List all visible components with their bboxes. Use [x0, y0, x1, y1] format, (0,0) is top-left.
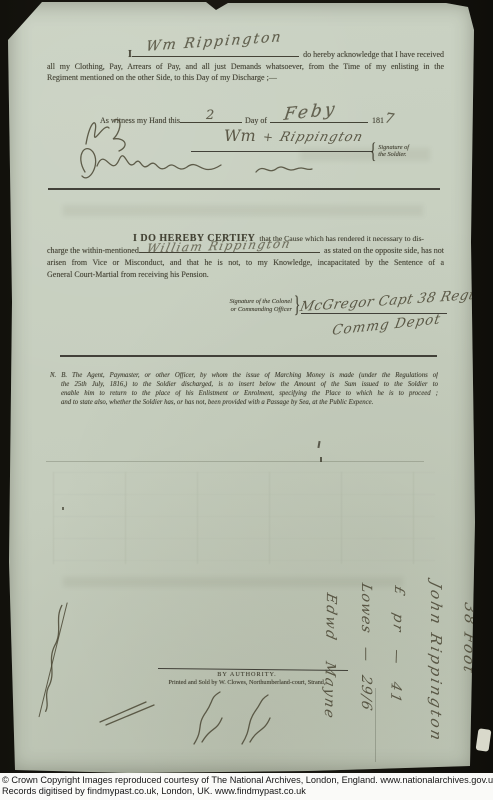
copyright-line2: Records digitised by findmypast.co.uk, L… — [2, 786, 493, 797]
pen-strokes — [96, 696, 158, 726]
commanding-depot-handwritten: Commg Depot — [331, 311, 442, 339]
section-rule-1 — [48, 188, 440, 190]
signature-of-label: Signature of — [378, 144, 409, 151]
ink-mark — [62, 507, 64, 510]
struck-annotation — [36, 599, 75, 723]
nb-line2: the 25th July, 1816,) to the Soldier dis… — [61, 381, 438, 390]
acknowledgement-line2: all my Clothing, Pay, Arrears of Pay, an… — [47, 62, 444, 73]
acknowledgement-line1: I Wm Rippington do hereby acknowledge th… — [128, 49, 444, 60]
document-page: I Wm Rippington do hereby acknowledge th… — [8, 2, 475, 773]
copyright-line1: © Crown Copyright Images reproduced cour… — [2, 775, 493, 786]
brace-left: { — [370, 137, 376, 164]
fold-line — [375, 688, 376, 762]
year-digit-handwritten: 7 — [384, 110, 395, 127]
certificate-line3: arisen from Vice or Misconduct, and that… — [47, 258, 444, 269]
discharge-name-blank: William Rippington — [139, 252, 320, 253]
show-through-band — [63, 577, 403, 587]
copyright-strip: © Crown Copyright Images reproduced cour… — [0, 773, 493, 800]
the-soldier-label: the Soldier. — [378, 151, 406, 158]
section-rule-2 — [60, 355, 437, 357]
ink-mark — [320, 457, 322, 462]
soldier-mark-last: Rippington — [278, 130, 365, 145]
show-through-band — [63, 205, 423, 216]
certificate-line2-before: charge the within-mentioned — [47, 246, 139, 255]
soldier-signature-line — [191, 151, 373, 152]
colonel-signature-handwritten: McGregor Capt 38 Regt — [298, 287, 476, 315]
scan-edge-artifact — [476, 728, 492, 752]
annotation-name: John Rippington — [427, 580, 445, 745]
annotation-amount2: Lowes — 29/6 — [358, 582, 374, 713]
witness-day-of: Day of — [242, 116, 270, 125]
day-blank-line: 2 — [180, 122, 242, 123]
soldier-signature-label: { Signature of the Soldier. — [370, 143, 430, 159]
acknowledgement-line3: Regiment mentioned on the other Side, to… — [47, 73, 277, 82]
soldier-mark: Wm + Rippington — [224, 126, 363, 145]
scanned-document-image: I Wm Rippington do hereby acknowledge th… — [0, 0, 493, 800]
faint-rule — [46, 461, 424, 462]
ink-mark — [317, 441, 320, 448]
year-printed: 181 — [368, 116, 384, 125]
pen-flourish — [253, 160, 315, 180]
acknowledgement-initial: I — [128, 49, 132, 60]
soldier-mark-cross: + — [262, 130, 273, 145]
witness-line: As witness my Hand this 2 Day of Feby 18… — [100, 111, 385, 127]
soldier-name-handwritten: Wm Rippington — [145, 29, 284, 55]
certificate-line2-after: as stated on the opposite side, has not — [320, 246, 444, 255]
soldier-mark-first: Wm — [224, 126, 256, 145]
bottom-scrawl — [186, 688, 234, 750]
month-blank-line: Feby — [270, 122, 368, 123]
colonel-label: Signature of the Colonel or Commanding O… — [206, 298, 292, 313]
month-handwritten: Feby — [283, 99, 339, 125]
by-authority-text: BY AUTHORITY. — [187, 671, 307, 678]
certificate-line2: charge the within-mentioned William Ripp… — [47, 246, 444, 255]
annotation-regiment: 38 Foot — [460, 601, 479, 677]
colonel-label-line2: or Commanding Officer — [231, 306, 292, 313]
day-handwritten: 2 — [206, 108, 214, 123]
certificate-line4: General Court-Martial from receiving his… — [47, 270, 209, 279]
annotation-amount1: £ pr — 41 — [387, 584, 407, 706]
name-blank-line: Wm Rippington — [132, 56, 299, 57]
show-through-table — [53, 472, 435, 564]
annotation-agent: Edwd Mayne — [321, 591, 339, 721]
nb-line1: N. B. The Agent, Paymaster, or other Off… — [50, 372, 438, 381]
colonel-label-line1: Signature of the Colonel — [230, 298, 292, 305]
bottom-scrawl — [236, 692, 280, 750]
witness-signature — [71, 136, 225, 192]
nb-line3: enable him to return to the place of his… — [61, 390, 438, 399]
acknowledgement-line1-text: do hereby acknowledge that I have receiv… — [299, 50, 444, 59]
nb-line4: and to state also, whether the Soldier h… — [61, 399, 373, 406]
